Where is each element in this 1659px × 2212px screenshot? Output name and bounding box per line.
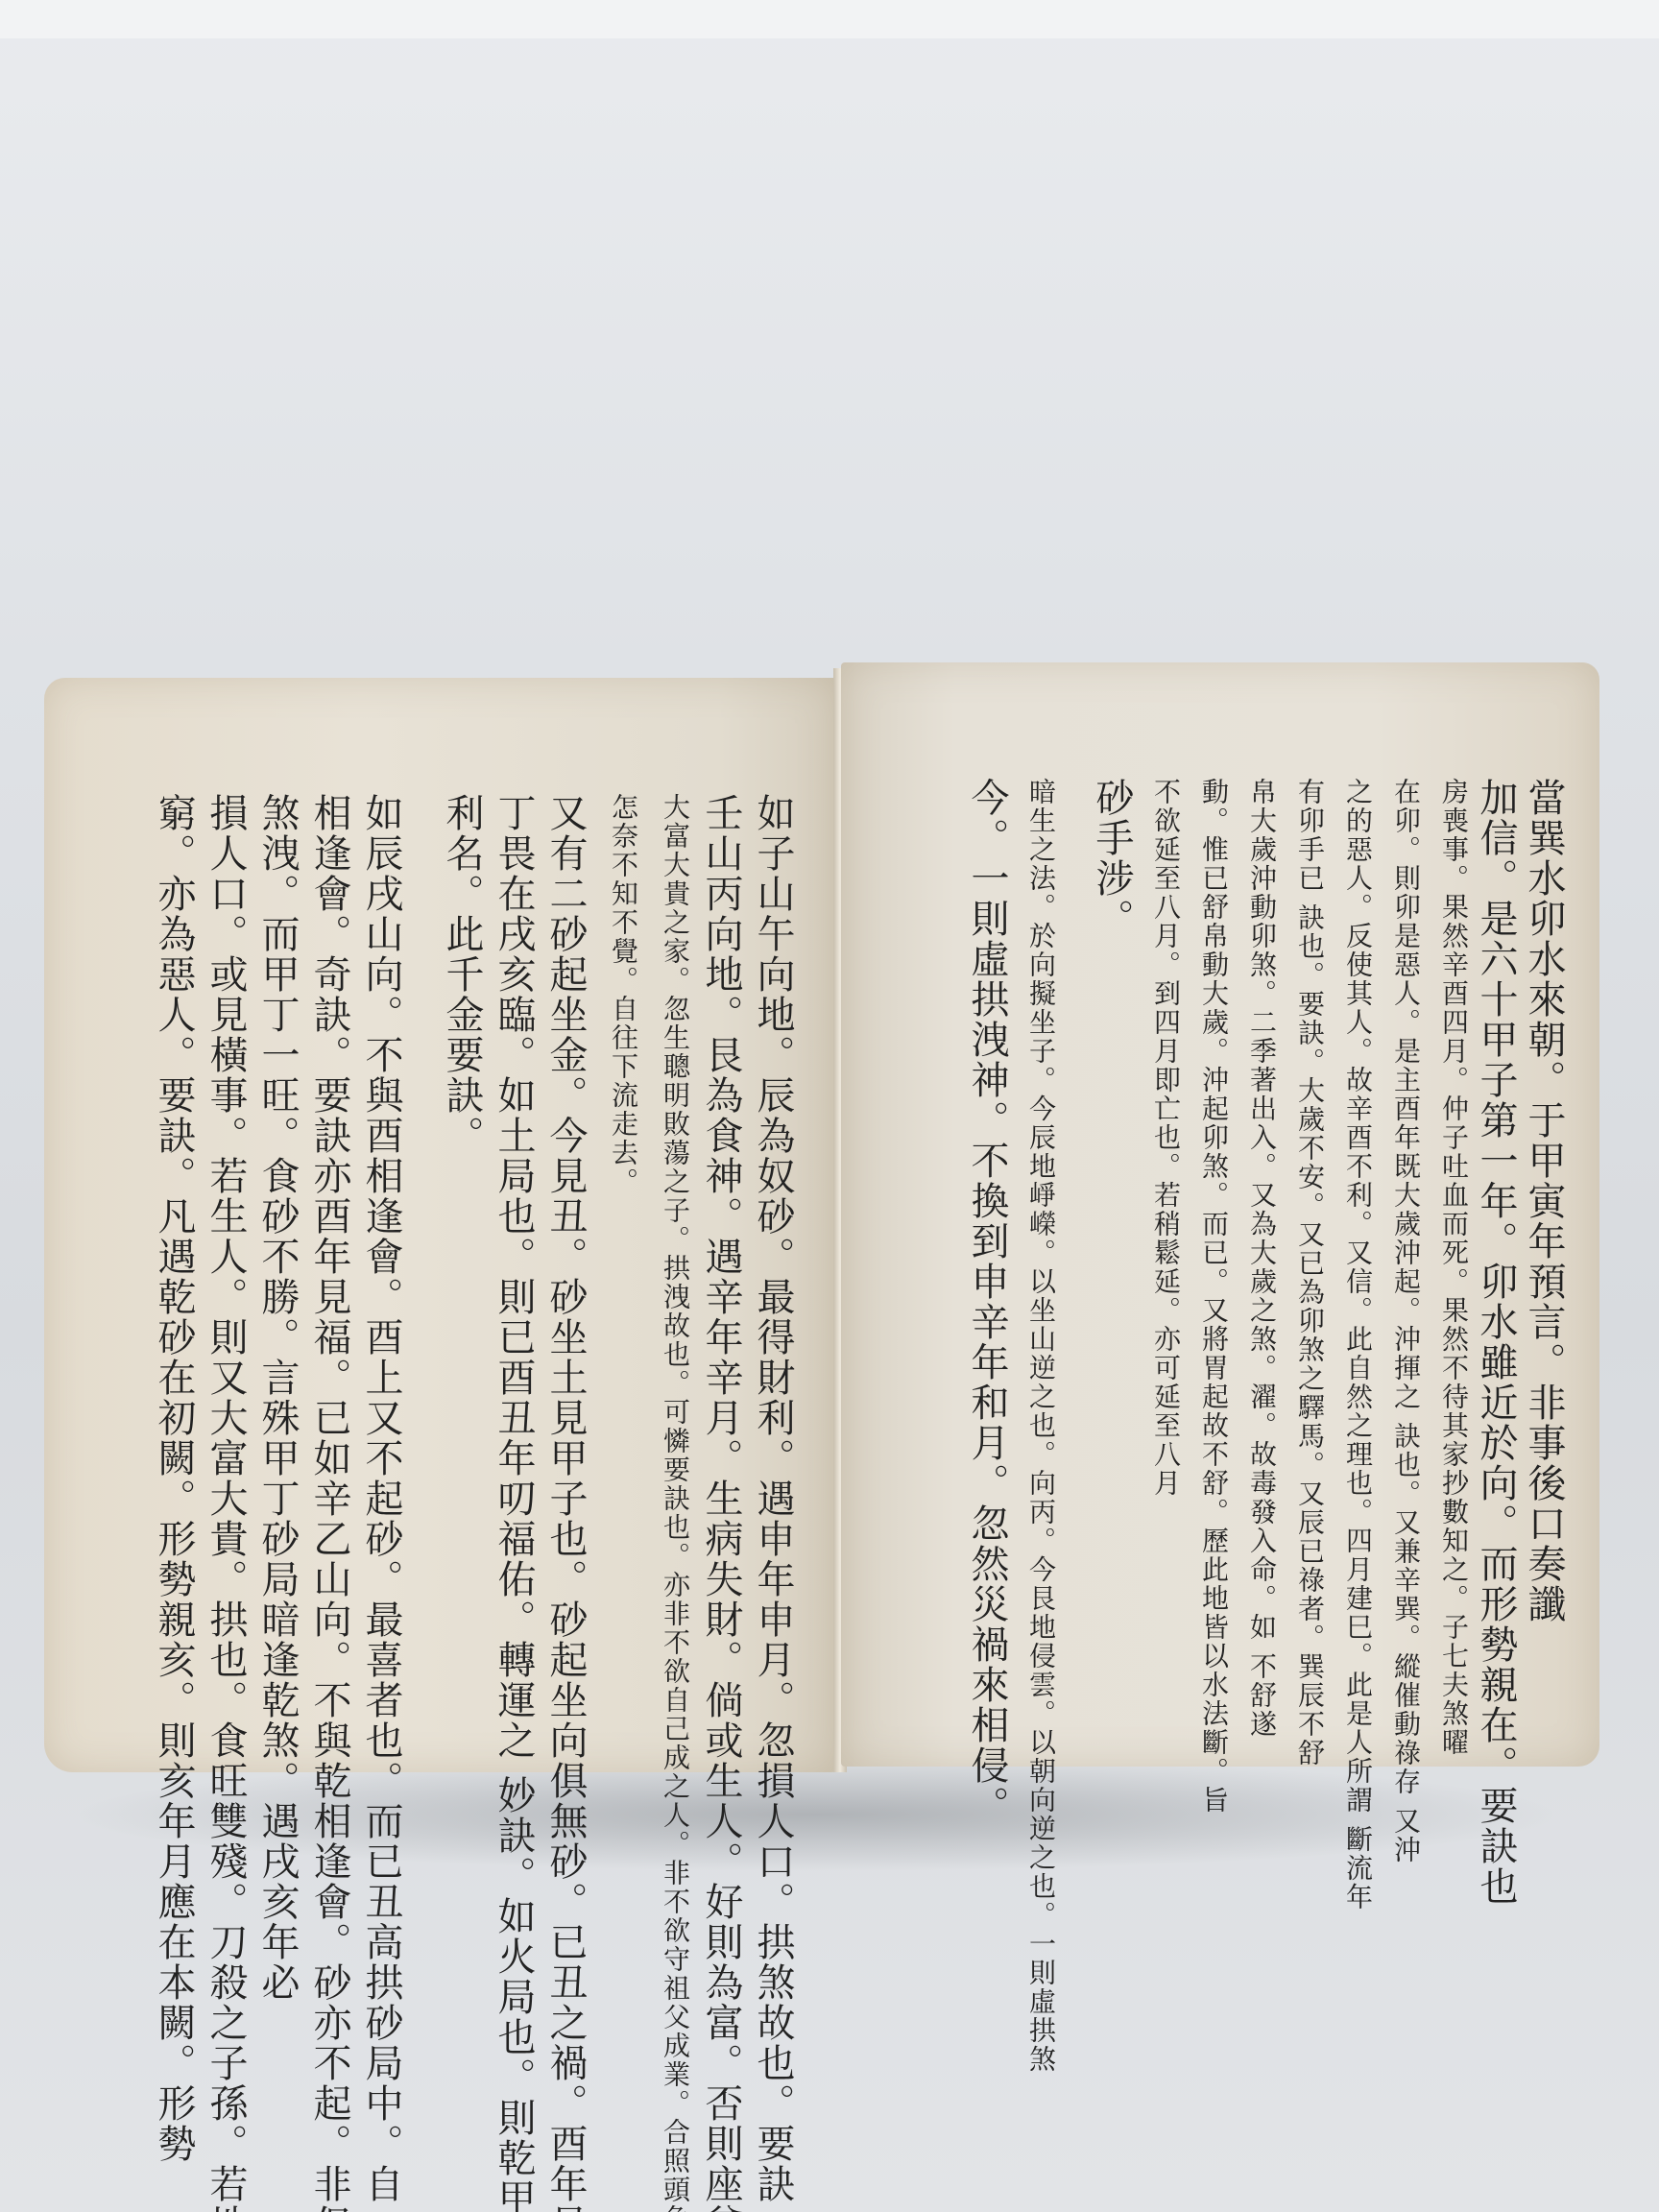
right-column-6: 有卯手已 訣也。要訣。大歲不安。又已為卯煞之驛馬。又辰已祿者。巽辰不舒: [1278, 778, 1326, 1738]
right-column-9: 不欲延至八月。到四月即亡也。若稍鬆延。亦可延至八月: [1134, 778, 1182, 1738]
left-page: 如子山午向地。辰為奴砂。最得財利。遇申年申月。忽損人口。拱煞故也。要訣 如 壬山…: [44, 678, 837, 1772]
right-column-4: 在卯。則卯是惡人。是主酉年既大歲沖起。沖揮之 訣也。又兼辛巽。縱催動祿存 又沖: [1374, 778, 1422, 1738]
left-column-4: 怎奈不知不覺。自往下流走去。: [588, 793, 639, 1753]
right-column-12: 今。一則虛拱洩神。不換到申辛年和月。忽然災禍來相侵。: [961, 778, 1009, 1738]
left-column-7: 利名。此千金要訣。: [432, 793, 484, 1753]
left-column-6: 丁畏在戌亥臨。如土局也。則已酉丑年叨福佑。轉運之 妙訣。如火局也。則乾甲丁歲獲: [484, 793, 536, 1753]
right-column-5: 之的惡人。反使其人。故辛酉不利。又信。此自然之理也。四月建巳。此是人所謂 斷流年: [1326, 778, 1374, 1738]
left-column-1: 如子山午向地。辰為奴砂。最得財利。遇申年申月。忽損人口。拱煞故也。要訣 如: [743, 793, 795, 1753]
right-column-7: 帛大歲沖動卯煞。二季著出入。又為大歲之煞。濯。故毒發入命。如 不舒遂: [1230, 778, 1278, 1738]
right-column-2: 加信。是六十甲子第一年。卯水雖近於向。而形勢親在。要訣也: [1470, 778, 1518, 1738]
left-column-9: 相逢會。奇訣。要訣亦酉年見福。已如辛乙山向。不與乾相逢會。砂亦不起。非但不犯: [300, 793, 351, 1753]
left-column-5: 又有二砂起坐金。今見丑。砂坐土見甲子也。砂起坐向俱無砂。已丑之禍。酉年見甲: [536, 793, 588, 1753]
column-gap: [1057, 778, 1086, 1738]
left-column-11: 損人口。或見橫事。若生人。則又大富大貴。拱也。食旺雙殘。刀殺之子孫。若地方輕: [196, 793, 248, 1753]
left-column-2: 壬山丙向地。艮為食神。遇辛年辛月。生病失財。倘或生人。好則為富。否則座貧人。: [691, 793, 743, 1753]
left-column-3: 大富大貴之家。忽生聰明敗蕩之子。拱洩故也。可憐要訣也。亦非不欲自己成之人。非不欲…: [639, 793, 691, 1753]
right-column-10: 砂手涉。: [1086, 778, 1134, 1738]
background-top-band: [0, 0, 1659, 38]
left-column-8: 如辰戌山向。不與酉相逢會。酉上又不起砂。最喜者也。而已丑高拱砂局中。自: [351, 793, 403, 1753]
right-column-1: 當巽水卯水來朝。于甲寅年預言。非事後口奏讖: [1518, 778, 1566, 1738]
right-column-3: 房喪事。果然辛酉四月。仲子吐血而死。果然不待其家抄數知之。子七夫煞曜: [1422, 778, 1470, 1738]
left-column-10: 煞洩。而甲丁一旺。食砂不勝。言殊甲丁砂局暗逢乾煞。遇戌亥年必: [248, 793, 300, 1753]
right-page: 當巽水卯水來朝。于甲寅年預言。非事後口奏讖 加信。是六十甲子第一年。卯水雖近於向…: [841, 662, 1599, 1767]
right-page-text: 當巽水卯水來朝。于甲寅年預言。非事後口奏讖 加信。是六十甲子第一年。卯水雖近於向…: [927, 778, 1566, 1738]
column-gap: [403, 793, 432, 1753]
right-column-8: 動。惟已舒帛動大歲。沖起卯煞。而已。又將胃起故不舒。歷此地皆以水法斷。旨: [1182, 778, 1230, 1738]
left-column-12: 窮。亦為惡人。要訣。凡遇乾砂在初闕。形勢親亥。則亥年月應在本闕。形勢: [144, 793, 196, 1753]
left-page-text: 如子山午向地。辰為奴砂。最得財利。遇申年申月。忽損人口。拱煞故也。要訣 如 壬山…: [65, 793, 795, 1753]
right-column-11: 暗生之法。於向擬坐子。今辰地崢嶸。以坐山逆之也。向丙。今艮地侵雲。以朝向逆之也。…: [1009, 778, 1057, 1738]
